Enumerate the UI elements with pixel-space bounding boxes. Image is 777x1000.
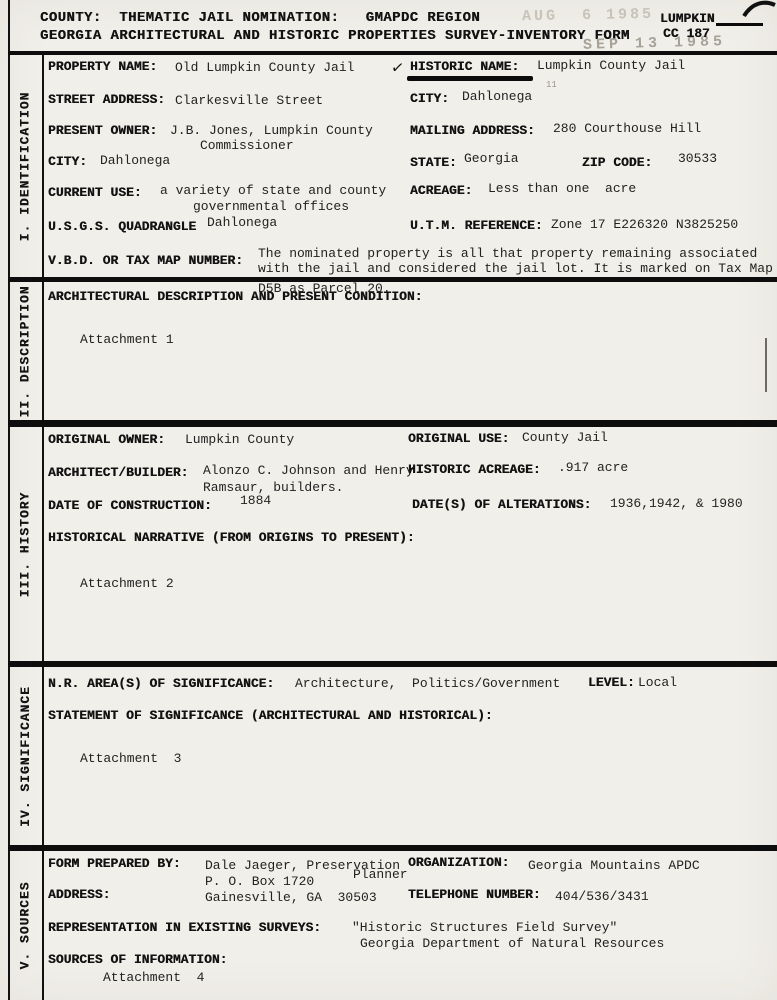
present-owner-line2: Commissioner <box>200 139 294 153</box>
form-prepared-by-title: Planner <box>353 868 408 882</box>
date-of-construction-label: DATE OF CONSTRUCTION: <box>48 499 212 513</box>
dates-of-alterations-label: DATE(S) OF ALTERATIONS: <box>412 498 591 512</box>
utm-reference-value: Zone 17 E226320 N3825250 <box>551 218 738 232</box>
utm-reference-label: U.T.M. REFERENCE: <box>410 219 543 233</box>
tax-map-line2: with the jail and considered the jail lo… <box>258 262 773 276</box>
state-label: STATE: <box>410 156 457 170</box>
architect-builder-line1: Alonzo C. Johnson and Henry <box>203 464 414 478</box>
original-use-label: ORIGINAL USE: <box>408 432 509 446</box>
current-use-line1: a variety of state and county <box>160 184 386 198</box>
sources-of-information-heading: SOURCES OF INFORMATION: <box>48 953 227 967</box>
original-owner-label: ORIGINAL OWNER: <box>48 433 165 447</box>
mailing-address-label: MAILING ADDRESS: <box>410 124 535 138</box>
sidebar-label-history: III. HISTORY <box>18 491 33 597</box>
date-received-stamp-1: AUG 6 1985 <box>522 6 654 25</box>
checkmark-icon: ✓ <box>391 56 405 79</box>
header-county-line: COUNTY: THEMATIC JAIL NOMINATION: GMAPDC… <box>40 11 480 26</box>
representation-label: REPRESENTATION IN EXISTING SURVEYS: <box>48 921 321 935</box>
mailing-address-value: 280 Courthouse Hill <box>553 122 701 136</box>
significance-attachment: Attachment 3 <box>80 752 181 766</box>
form-title: GEORGIA ARCHITECTURAL AND HISTORIC PROPE… <box>40 29 630 44</box>
section-divider-2 <box>8 420 777 427</box>
description-attachment: Attachment 1 <box>80 333 174 347</box>
tax-map-line3: D5B as Parcel 20. <box>258 282 391 296</box>
scan-corner-artifact-icon <box>742 0 776 17</box>
street-address-label: STREET ADDRESS: <box>48 93 165 107</box>
historic-name-value: Lumpkin County Jail <box>537 59 685 73</box>
county-blank-line <box>716 23 763 26</box>
sidebar-section-sources: V. SOURCES <box>8 851 42 1000</box>
sidebar-section-description: II. DESCRIPTION <box>8 283 42 420</box>
property-name-label: PROPERTY NAME: <box>48 60 157 74</box>
county-code: LUMPKIN <box>660 12 715 26</box>
representation-line2: Georgia Department of Natural Resources <box>360 937 664 951</box>
property-name-value: Old Lumpkin County Jail <box>175 61 354 75</box>
historical-narrative-heading: HISTORICAL NARRATIVE (FROM ORIGINS TO PR… <box>48 531 415 545</box>
current-use-label: CURRENT USE: <box>48 186 142 200</box>
form-prepared-by-label: FORM PREPARED BY: <box>48 857 181 871</box>
level-label: LEVEL: <box>588 676 635 690</box>
section-divider-3 <box>8 661 777 667</box>
zip-code-label: ZIP CODE: <box>582 156 652 170</box>
sidebar-label-sources: V. SOURCES <box>18 881 33 969</box>
quadrangle-value: Dahlonega <box>207 216 277 230</box>
nr-areas-value: Architecture, Politics/Government <box>295 677 560 691</box>
acreage-label: ACREAGE: <box>410 184 472 198</box>
representation-line1: "Historic Structures Field Survey" <box>352 921 617 935</box>
street-address-value: Clarkesville Street <box>175 94 323 108</box>
dates-of-alterations-value: 1936,1942, & 1980 <box>610 497 743 511</box>
acreage-value: Less than one acre <box>488 182 636 196</box>
history-attachment: Attachment 2 <box>80 577 174 591</box>
zip-code-value: 30533 <box>678 152 717 166</box>
cc-number: CC 187 <box>663 27 710 41</box>
organization-label: ORGANIZATION: <box>408 856 509 870</box>
sidebar-label-description: II. DESCRIPTION <box>18 285 33 417</box>
scan-mark: 11 <box>546 80 557 90</box>
historic-acreage-value: .917 acre <box>558 461 628 475</box>
section-divider-1 <box>8 277 777 282</box>
sidebar-label-identification: I. IDENTIFICATION <box>18 92 33 242</box>
survey-form-page: COUNTY: THEMATIC JAIL NOMINATION: GMAPDC… <box>0 0 777 1000</box>
quadrangle-label: U.S.G.S. QUADRANGLE <box>48 220 196 234</box>
original-use-value: County Jail <box>522 431 608 445</box>
statement-of-significance-heading: STATEMENT OF SIGNIFICANCE (ARCHITECTURAL… <box>48 709 493 723</box>
section-divider-4 <box>8 845 777 851</box>
level-value: Local <box>638 676 677 690</box>
tax-map-line1: The nominated property is all that prope… <box>258 247 757 261</box>
date-of-construction-value: 1884 <box>240 494 271 508</box>
sidebar-section-identification: I. IDENTIFICATION <box>8 56 42 277</box>
organization-value: Georgia Mountains APDC <box>528 859 700 873</box>
sidebar-section-history: III. HISTORY <box>8 427 42 661</box>
architect-builder-line2: Ramsaur, builders. <box>203 481 343 495</box>
present-owner-line1: J.B. Jones, Lumpkin County <box>170 124 373 138</box>
state-value: Georgia <box>464 152 519 166</box>
address-value: Gainesville, GA 30503 <box>205 891 377 905</box>
city-label: CITY: <box>410 92 449 106</box>
architect-builder-label: ARCHITECT/BUILDER: <box>48 466 188 480</box>
sidebar-label-significance: IV. SIGNIFICANCE <box>18 686 33 827</box>
owner-city-value: Dahlonega <box>100 154 170 168</box>
historic-acreage-label: HISTORIC ACREAGE: <box>408 463 541 477</box>
owner-city-label: CITY: <box>48 155 87 169</box>
address-label: ADDRESS: <box>48 888 110 902</box>
original-owner-value: Lumpkin County <box>185 433 294 447</box>
telephone-number-label: TELEPHONE NUMBER: <box>408 888 541 902</box>
city-value: Dahlonega <box>462 90 532 104</box>
sidebar-section-significance: IV. SIGNIFICANCE <box>8 667 42 845</box>
current-use-line2: governmental offices <box>193 200 349 214</box>
telephone-number-value: 404/536/3431 <box>555 890 649 904</box>
scan-edge-artifact <box>765 338 767 392</box>
nr-areas-label: N.R. AREA(S) OF SIGNIFICANCE: <box>48 677 274 691</box>
present-owner-label: PRESENT OWNER: <box>48 124 157 138</box>
historic-name-label: HISTORIC NAME: <box>410 60 519 74</box>
tax-map-label: V.B.D. OR TAX MAP NUMBER: <box>48 254 243 268</box>
historic-name-underline <box>407 76 533 81</box>
sources-attachment: Attachment 4 <box>103 971 204 985</box>
form-prepared-by-line2: P. O. Box 1720 <box>205 875 314 889</box>
sidebar-border-line <box>42 55 44 1000</box>
